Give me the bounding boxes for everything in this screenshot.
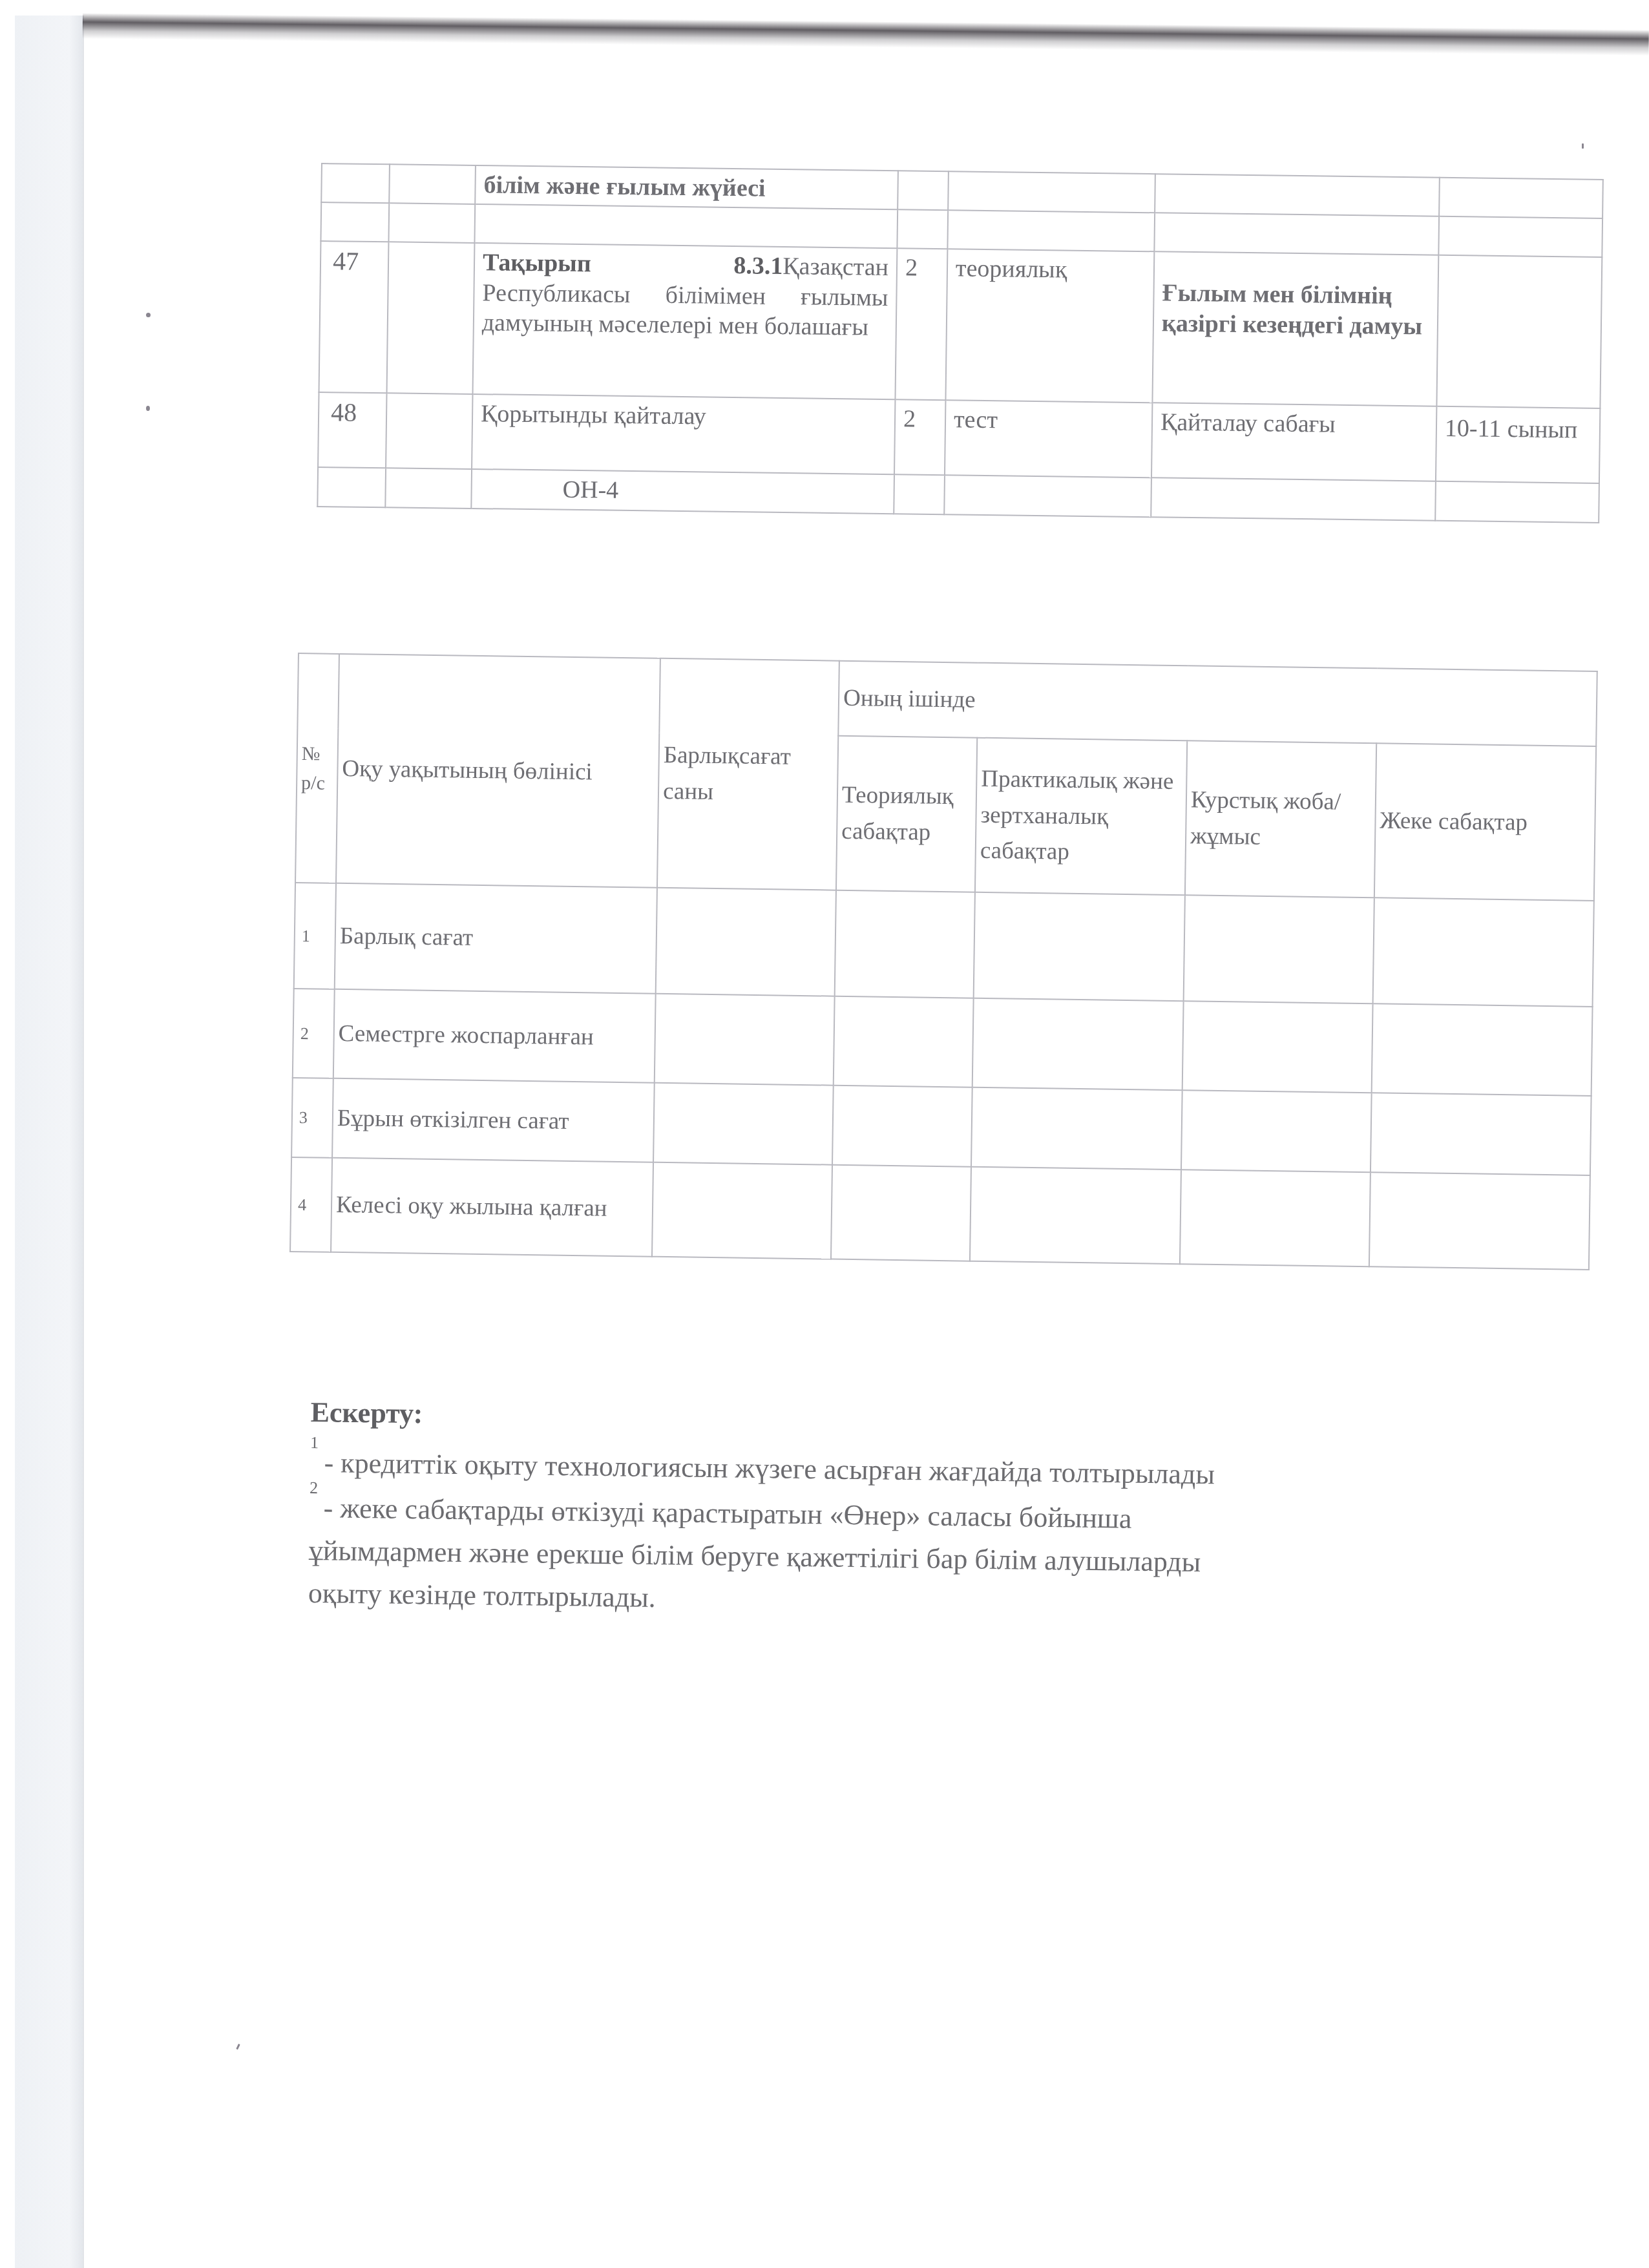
lesson-cell — [1151, 478, 1436, 521]
footnote-marker: 2 — [310, 1475, 319, 1500]
individual-cell — [1371, 1093, 1591, 1175]
table-row: 2 Семестрге жоспарланған — [293, 989, 1593, 1096]
theory-cell — [834, 996, 974, 1087]
row-number: 4 — [290, 1157, 332, 1252]
type-cell — [944, 476, 1151, 517]
total-cell — [655, 994, 835, 1086]
lesson-plan-table: білім және ғылым жүйесі 47 Тақырып 8.3.1… — [317, 163, 1604, 523]
class-cell — [1438, 216, 1602, 257]
empty-cell — [387, 242, 475, 395]
header-section: Оқу уақытының бөлінісі — [336, 654, 660, 888]
individual-cell — [1373, 898, 1594, 1007]
empty-cell — [385, 468, 472, 509]
row-number: 1 — [294, 883, 336, 989]
practical-cell — [971, 1087, 1182, 1170]
footnote-marker: 1 — [310, 1430, 319, 1455]
lesson-cell: Қайталау сабағы — [1151, 403, 1436, 482]
header-group: Оның ішінде — [838, 661, 1597, 746]
topic-cell: Тақырып 8.3.1Қазақстан Республикасы білі… — [473, 243, 898, 399]
lesson-cell: Ғылым мен білімнің қазіргі кезеңдегі дам… — [1152, 252, 1438, 407]
type-cell: тест — [945, 401, 1152, 478]
hours-distribution-table: № р/с Оқу уақытының бөлінісі Барлықсағат… — [289, 653, 1598, 1270]
practical-cell — [970, 1167, 1181, 1265]
class-cell — [1435, 481, 1599, 523]
class-cell — [1439, 178, 1603, 219]
table-row: 4 Келесі оқу жылына қалған — [290, 1157, 1590, 1270]
type-cell: теориялық — [945, 249, 1154, 403]
hours-cell — [897, 210, 948, 249]
course-cell — [1180, 1170, 1371, 1266]
empty-cell — [386, 394, 472, 470]
hours-cell: 2 — [895, 249, 947, 401]
row-number — [321, 163, 390, 204]
total-cell — [656, 888, 836, 996]
course-cell — [1184, 895, 1374, 1003]
row-label: Бұрын өткізілген сағат — [332, 1078, 655, 1162]
topic-prefix: Тақырып 8.3.1 — [483, 249, 783, 280]
header-individual: Жеке сабақтар — [1374, 743, 1596, 901]
note-text: - жеке сабақтарды өткізуді қарастыратын … — [323, 1492, 1131, 1534]
header-total: Барлықсағат саны — [657, 658, 839, 890]
row-label: Барлық сағат — [335, 883, 657, 994]
row-number — [320, 202, 389, 242]
header-theory: Теориялық сабақтар — [836, 736, 977, 892]
row-number — [317, 467, 386, 507]
header-row: № р/с Оқу уақытының бөлінісі Барлықсағат… — [297, 653, 1597, 746]
hours-cell: 2 — [894, 400, 945, 476]
header-course-project: Курстық жоба/жұмыс — [1185, 740, 1376, 898]
class-cell: 10-11 сынып — [1436, 406, 1600, 483]
hours-cell — [898, 171, 949, 210]
row-number: 48 — [318, 392, 386, 468]
document-page: білім және ғылым жүйесі 47 Тақырып 8.3.1… — [0, 0, 1649, 2268]
header-practical: Практикалық және зертханалық сабақтар — [975, 738, 1187, 896]
individual-cell — [1369, 1172, 1590, 1270]
topic-cell: білім және ғылым жүйесі — [475, 165, 898, 210]
lesson-cell — [1155, 174, 1440, 216]
empty-cell — [389, 164, 476, 204]
total-cell — [652, 1162, 832, 1259]
note-text: - кредиттік оқыту технологиясын жүзеге а… — [324, 1447, 1215, 1490]
practical-cell — [974, 892, 1185, 1002]
row-number: 3 — [291, 1078, 333, 1158]
header-number: № р/с — [295, 653, 339, 883]
theory-cell — [835, 890, 975, 998]
individual-cell — [1372, 1003, 1593, 1096]
theory-cell — [832, 1086, 972, 1167]
notes-section: Ескерту: 1 - кредиттік оқыту технологияс… — [308, 1396, 1539, 1631]
row-label: Семестрге жоспарланған — [333, 989, 656, 1083]
topic-cell — [474, 204, 898, 248]
course-cell — [1181, 1090, 1372, 1172]
notes-title: Ескерту: — [310, 1396, 1539, 1446]
table-row: 47 Тақырып 8.3.1Қазақстан Республикасы б… — [319, 241, 1602, 408]
row-label: Келесі оқу жылына қалған — [331, 1158, 653, 1257]
topic-cell: ОН-4 — [471, 469, 894, 514]
lesson-cell — [1154, 213, 1439, 256]
table-row: 1 Барлық сағат — [294, 883, 1594, 1007]
course-cell — [1182, 1001, 1373, 1093]
type-cell — [948, 171, 1155, 213]
total-cell — [653, 1083, 834, 1165]
empty-cell — [388, 204, 475, 244]
row-number: 47 — [319, 241, 389, 393]
topic-cell: Қорытынды қайталау — [472, 394, 895, 474]
practical-cell — [972, 998, 1184, 1091]
type-cell — [947, 211, 1155, 252]
class-cell — [1436, 255, 1602, 408]
hours-cell — [894, 475, 945, 514]
row-number: 2 — [293, 989, 335, 1078]
theory-cell — [831, 1165, 971, 1261]
